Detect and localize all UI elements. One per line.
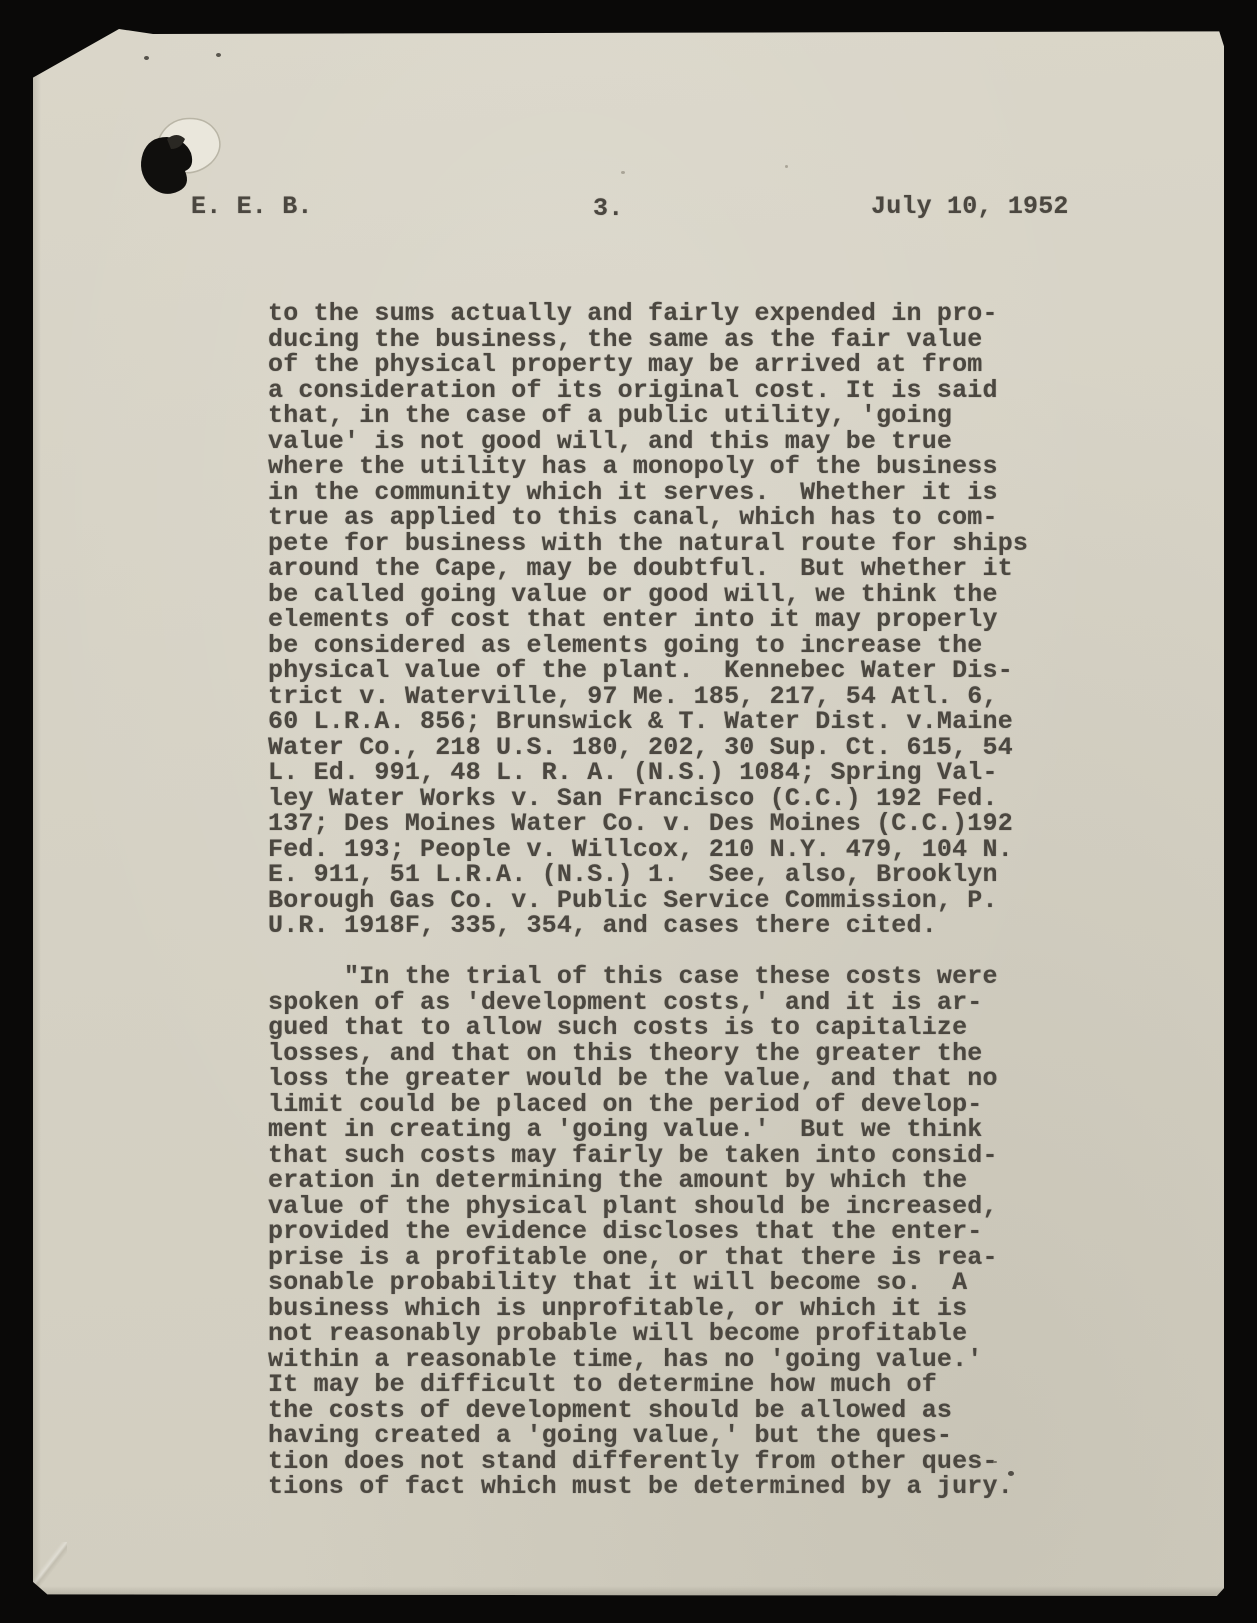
text-line: E. 911, 51 L.R.A. (N.S.) 1. See, also, B… <box>268 862 1068 888</box>
text-line: not reasonably probable will become prof… <box>268 1321 1068 1347</box>
document-body: to the sums actually and fairly expended… <box>268 301 1068 1500</box>
ink-speck <box>993 1461 997 1463</box>
text-line: Water Co., 218 U.S. 180, 202, 30 Sup. Ct… <box>268 735 1068 761</box>
text-line: 137; Des Moines Water Co. v. Des Moines … <box>268 811 1068 837</box>
text-line: having created a 'going value,' but the … <box>268 1423 1068 1449</box>
page-number: 3. <box>593 194 623 223</box>
ink-speck <box>1008 1471 1014 1476</box>
text-line: business which is unprofitable, or which… <box>268 1296 1068 1322</box>
text-line: where the utility has a monopoly of the … <box>268 454 1068 480</box>
page-header: E. E. B. 3. July 10, 1952 <box>33 192 1224 222</box>
ink-speck <box>216 53 221 57</box>
text-line: around the Cape, may be doubtful. But wh… <box>268 556 1068 582</box>
ink-speck <box>144 56 149 60</box>
text-line: gued that to allow such costs is to capi… <box>268 1015 1068 1041</box>
text-line: in the community which it serves. Whethe… <box>268 480 1068 506</box>
paper-edge-shadow <box>33 1586 1224 1596</box>
text-line: that such costs may fairly be taken into… <box>268 1143 1068 1169</box>
text-line: pete for business with the natural route… <box>268 531 1068 557</box>
text-line: Borough Gas Co. v. Public Service Commis… <box>268 888 1068 914</box>
paper-blemish <box>785 165 788 168</box>
text-line: loss the greater would be the value, and… <box>268 1066 1068 1092</box>
text-line: It may be difficult to determine how muc… <box>268 1372 1068 1398</box>
text-line: eration in determining the amount by whi… <box>268 1168 1068 1194</box>
text-line: value of the physical plant should be in… <box>268 1194 1068 1220</box>
text-line: to the sums actually and fairly expended… <box>268 301 1068 327</box>
text-line: U.R. 1918F, 335, 354, and cases there ci… <box>268 913 1068 939</box>
text-line: tions of fact which must be determined b… <box>268 1474 1068 1500</box>
quoted-paragraph-2: "In the trial of this case these costs w… <box>268 964 1068 1500</box>
text-line: true as applied to this canal, which has… <box>268 505 1068 531</box>
text-line: ley Water Works v. San Francisco (C.C.) … <box>268 786 1068 812</box>
text-line: provided the evidence discloses that the… <box>268 1219 1068 1245</box>
text-line: that, in the case of a public utility, '… <box>268 403 1068 429</box>
text-line: ducing the business, the same as the fai… <box>268 327 1068 353</box>
document-page: E. E. B. 3. July 10, 1952 to the sums ac… <box>33 29 1224 1596</box>
text-line: losses, and that on this theory the grea… <box>268 1041 1068 1067</box>
text-line: be considered as elements going to incre… <box>268 633 1068 659</box>
text-line: 60 L.R.A. 856; Brunswick & T. Water Dist… <box>268 709 1068 735</box>
text-line: ment in creating a 'going value.' But we… <box>268 1117 1068 1143</box>
text-line: value' is not good will, and this may be… <box>268 429 1068 455</box>
text-line: prise is a profitable one, or that there… <box>268 1245 1068 1271</box>
text-line: spoken of as 'development costs,' and it… <box>268 990 1068 1016</box>
text-line: be called going value or good will, we t… <box>268 582 1068 608</box>
text-line: sonable probability that it will become … <box>268 1270 1068 1296</box>
text-line: L. Ed. 991, 48 L. R. A. (N.S.) 1084; Spr… <box>268 760 1068 786</box>
paper-blemish <box>621 171 625 174</box>
text-line: Fed. 193; People v. Willcox, 210 N.Y. 47… <box>268 837 1068 863</box>
header-date: July 10, 1952 <box>871 192 1069 221</box>
text-line: a consideration of its original cost. It… <box>268 378 1068 404</box>
text-line: of the physical property may be arrived … <box>268 352 1068 378</box>
quoted-paragraph-1: to the sums actually and fairly expended… <box>268 301 1068 939</box>
text-line: limit could be placed on the period of d… <box>268 1092 1068 1118</box>
paper-edge-shadow <box>33 29 41 1596</box>
text-line: within a reasonable time, has no 'going … <box>268 1347 1068 1373</box>
text-line: elements of cost that enter into it may … <box>268 607 1068 633</box>
text-line: the costs of development should be allow… <box>268 1398 1068 1424</box>
text-line: tion does not stand differently from oth… <box>268 1449 1068 1475</box>
text-line: "In the trial of this case these costs w… <box>268 964 1068 990</box>
header-initials: E. E. B. <box>191 192 313 221</box>
text-line: physical value of the plant. Kennebec Wa… <box>268 658 1068 684</box>
text-line: trict v. Waterville, 97 Me. 185, 217, 54… <box>268 684 1068 710</box>
scan-background: E. E. B. 3. July 10, 1952 to the sums ac… <box>0 0 1257 1623</box>
